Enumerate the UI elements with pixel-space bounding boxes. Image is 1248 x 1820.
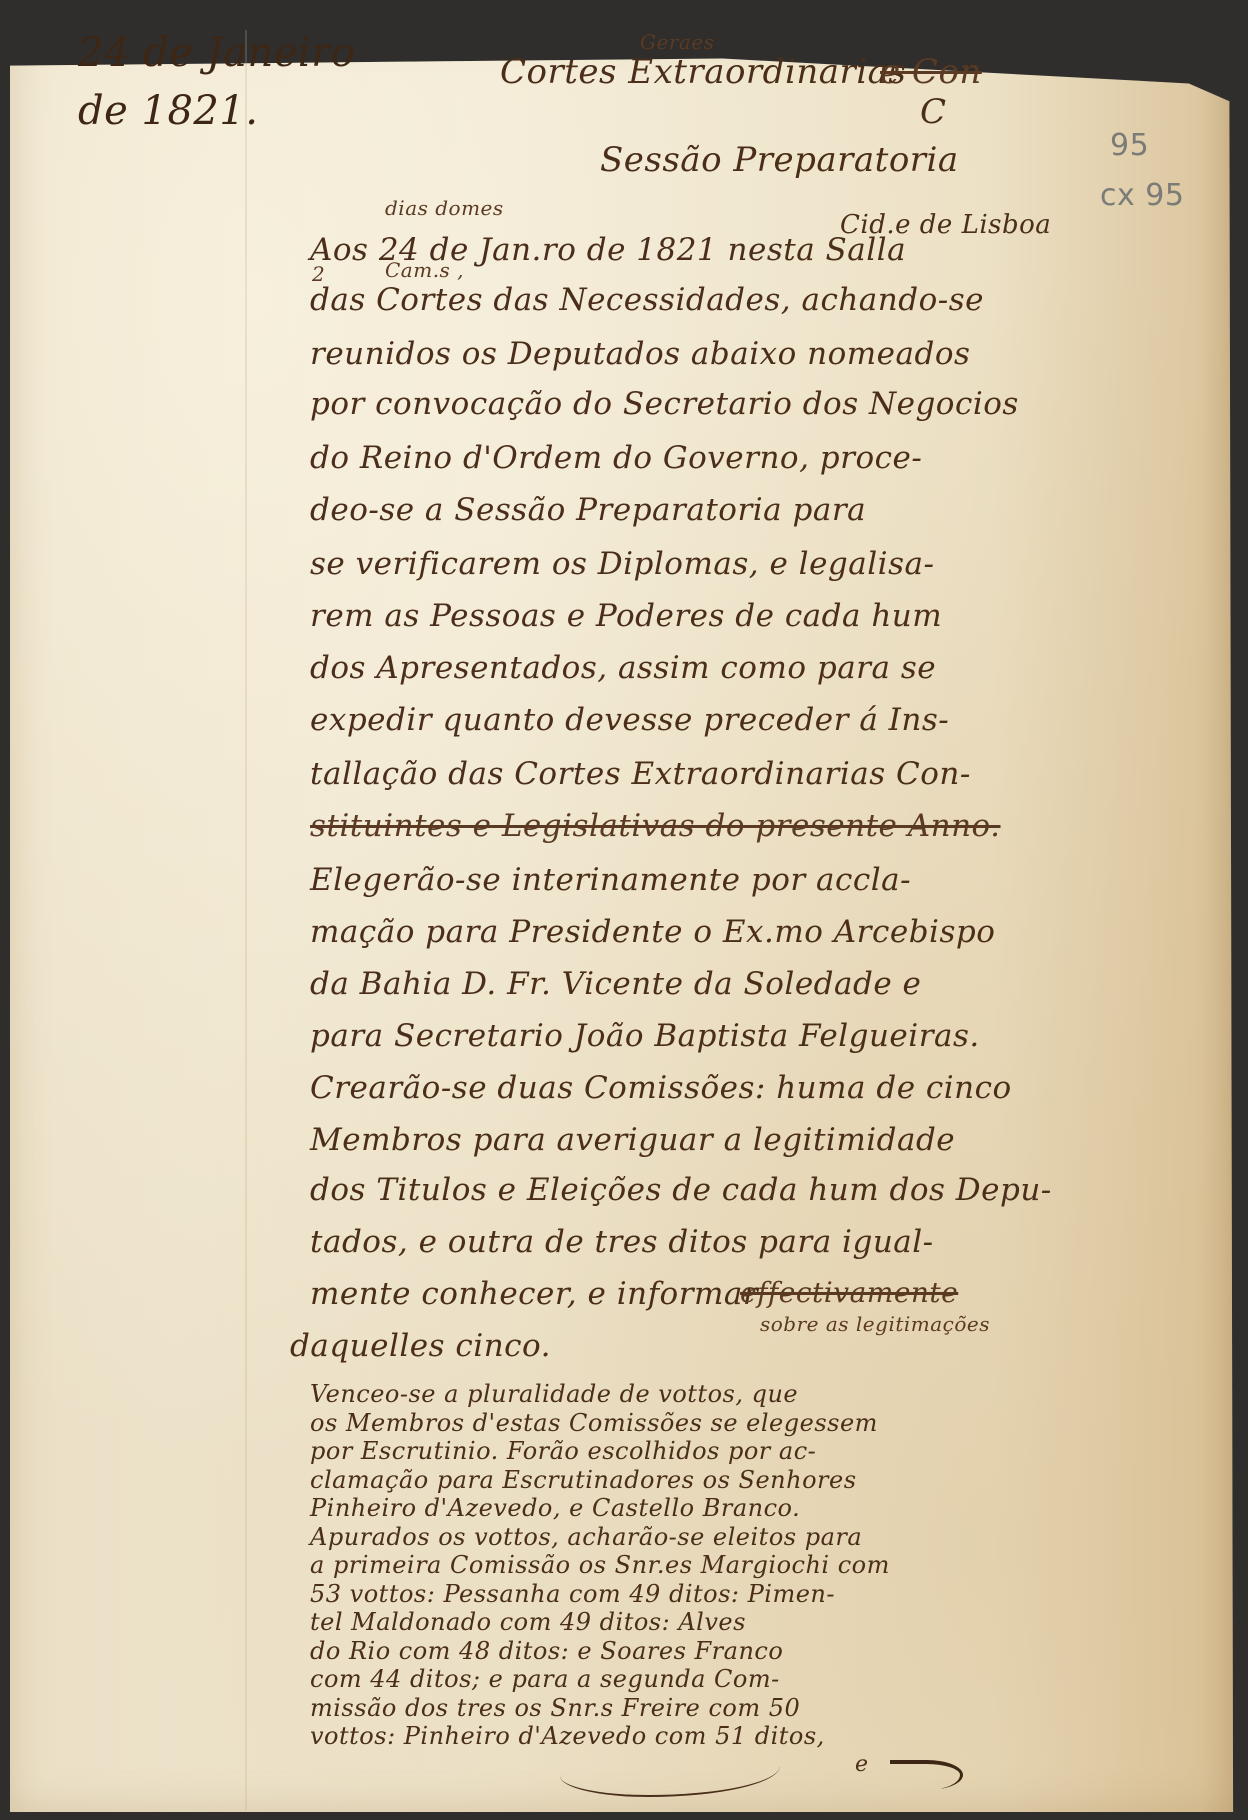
manuscript-line-struck: stituintes e Legislativas do presente An… (310, 808, 1001, 844)
page-fold-shadow (245, 30, 247, 1810)
header-struck-text: e Con (880, 52, 982, 92)
manuscript-line: por Escrutinio. Forão escolhidos por ac- (310, 1437, 816, 1465)
manuscript-line: Venceo-se a pluralidade de vottos, que (310, 1380, 798, 1408)
manuscript-line: do Reino d'Ordem do Governo, proce- (310, 440, 922, 476)
manuscript-line: 53 vottos: Pessanha com 49 ditos: Pimen- (310, 1580, 835, 1608)
manuscript-line: Pinheiro d'Azevedo, e Castello Branco. (310, 1494, 800, 1522)
manuscript-line: dos Titulos e Eleições de cada hum dos D… (310, 1172, 1052, 1208)
manuscript-line: tados, e outra de tres ditos para igual- (310, 1224, 934, 1260)
manuscript-line: para Secretario João Baptista Felgueiras… (310, 1018, 980, 1054)
manuscript-line: Aos 24 de Jan.ro de 1821 nesta Salla (310, 232, 906, 268)
manuscript-line: rem as Pessoas e Poderes de cada hum (310, 598, 942, 634)
manuscript-line: das Cortes das Necessidades, achando-se (310, 282, 984, 318)
manuscript-line: clamação para Escrutinadores os Senhores (310, 1466, 857, 1494)
manuscript-line: do Rio com 48 ditos: e Soares Franco (310, 1637, 783, 1665)
manuscript-line: os Membros d'estas Comissões se elegesse… (310, 1409, 878, 1437)
manuscript-line: por convocação do Secretario dos Negocio… (310, 386, 1019, 422)
manuscript-line: reunidos os Deputados abaixo nomeados (310, 336, 970, 372)
manuscript-line: Apurados os vottos, acharão-se eleitos p… (310, 1523, 862, 1551)
manuscript-line: a primeira Comissão os Snr.es Margiochi … (310, 1551, 890, 1579)
session-subtitle: Sessão Preparatoria (600, 140, 959, 180)
manuscript-line: Crearão-se duas Comissões: huma de cinco (310, 1070, 1012, 1106)
insertion-dias-domes: dias domes (385, 196, 504, 220)
archive-mark-1: 95 (1110, 128, 1149, 163)
manuscript-line: mente conhecer, e informar (310, 1276, 758, 1312)
header-insertion: Geraes (640, 30, 714, 54)
manuscript-line: com 44 ditos; e para a segunda Com- (310, 1665, 780, 1693)
struck-word: effectivamente (740, 1276, 958, 1309)
catchword-flourish (890, 1760, 963, 1790)
manuscript-line: da Bahia D. Fr. Vicente da Soledade e (310, 966, 921, 1002)
manuscript-line: Elegerão-se interinamente por accla- (310, 862, 911, 898)
margin-date-line-1: 24 de Janeiro (78, 30, 355, 76)
margin-date-line-2: de 1821. (78, 88, 259, 134)
manuscript-line: daquelles cinco. (290, 1328, 551, 1364)
header-mark: C (920, 92, 947, 132)
manuscript-line: missão dos tres os Snr.s Freire com 50 (310, 1694, 800, 1722)
insertion-legitimacoes: sobre as legitimações (760, 1312, 990, 1336)
manuscript-line: expedir quanto devesse preceder á Ins- (310, 702, 949, 738)
manuscript-line: vottos: Pinheiro d'Azevedo com 51 ditos, (310, 1722, 825, 1750)
manuscript-line: tel Maldonado com 49 ditos: Alves (310, 1608, 746, 1636)
manuscript-line: dos Apresentados, assim como para se (310, 650, 936, 686)
manuscript-line: Membros para averiguar a legitimidade (310, 1122, 955, 1158)
manuscript-line: mação para Presidente o Ex.mo Arcebispo (310, 914, 995, 950)
manuscript-line: se verificarem os Diplomas, e legalisa- (310, 546, 934, 582)
header-title: Cortes Extraordinarias (500, 52, 906, 92)
archive-mark-2: cx 95 (1100, 178, 1184, 213)
manuscript-line: tallação das Cortes Extraordinarias Con- (310, 756, 971, 792)
manuscript-line: deo-se a Sessão Preparatoria para (310, 492, 866, 528)
catchword: e (855, 1752, 869, 1777)
